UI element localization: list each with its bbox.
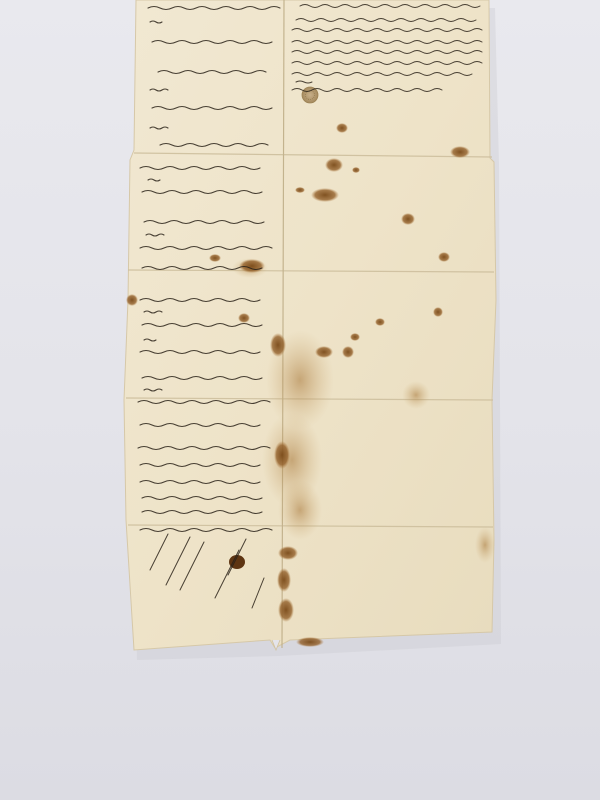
seal-stamp bbox=[302, 87, 318, 103]
manuscript-document bbox=[0, 0, 600, 800]
photo-scene: Handwritten manuscript photographed on a… bbox=[0, 0, 600, 800]
